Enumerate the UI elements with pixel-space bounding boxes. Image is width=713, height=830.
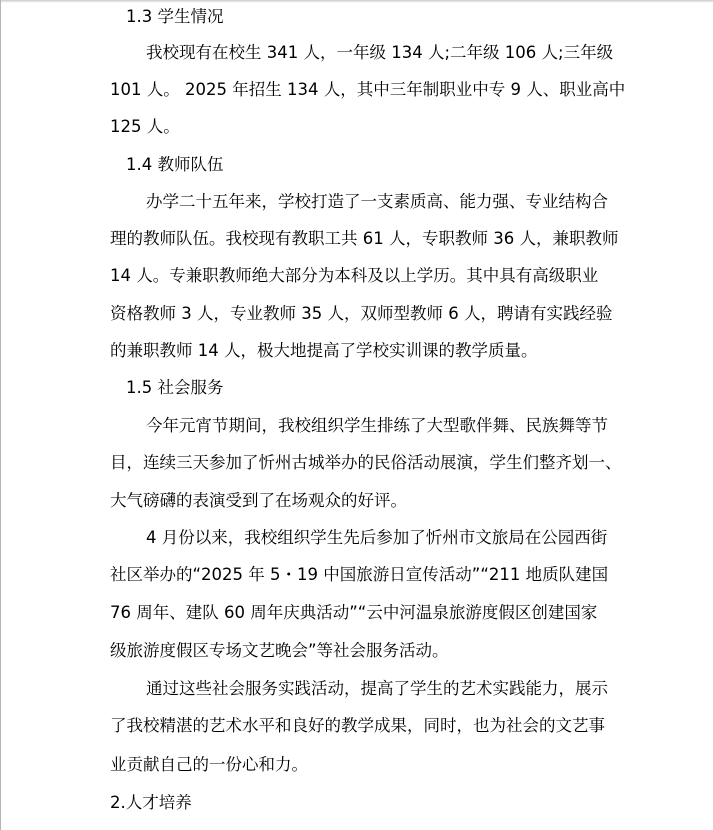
paragraph-line: 76 周年、建队 60 周年庆典活动”“云中河温泉旅游度假区创建国家 — [110, 594, 597, 631]
section-heading-1-5: 1.5 社会服务 — [126, 369, 224, 406]
paragraph-line: 业贡献自己的一份心和力。 — [110, 746, 308, 783]
paragraph-line: 了我校精湛的艺术水平和良好的教学成果，同时，也为社会的文艺事 — [110, 707, 605, 744]
paragraph-line: 14 人。专兼职教师绝大部分为本科及以上学历。其中具有高级职业 — [110, 257, 598, 294]
paragraph-line: 办学二十五年来，学校打造了一支素质高、能力强、专业结构合 — [146, 183, 608, 220]
paragraph-line: 社区举办的“2025 年 5・19 中国旅游日宣传活动”“211 地质队建国 — [110, 556, 608, 593]
window-left-edge — [0, 0, 1, 830]
section-heading-1-3: 1.3 学生情况 — [126, 0, 224, 35]
paragraph-line: 125 人。 — [110, 108, 180, 145]
section-heading-1-4: 1.4 教师队伍 — [126, 146, 224, 183]
section-heading-2: 2.人才培养 — [110, 784, 192, 821]
paragraph-line: 理的教师队伍。我校现有教职工共 61 人，专职教师 36 人，兼职教师 — [110, 220, 618, 257]
paragraph-line: 我校现有在校生 341 人，一年级 134 人;二年级 106 人;三年级 — [146, 34, 613, 71]
paragraph-line: 大气磅礴的表演受到了在场观众的好评。 — [110, 482, 407, 519]
paragraph-line: 的兼职教师 14 人，极大地提高了学校实训课的教学质量。 — [110, 332, 538, 369]
paragraph-line: 级旅游度假区专场文艺晚会”等社会服务活动。 — [110, 632, 449, 669]
paragraph-line: 101 人。 2025 年招生 134 人，其中三年制职业中专 9 人、职业高中 — [110, 71, 625, 108]
window-top-edge — [0, 0, 713, 3]
paragraph-line: 目，连续三天参加了忻州古城举办的民俗活动展演，学生们整齐划一、 — [110, 444, 622, 481]
paragraph-line: 资格教师 3 人，专业教师 35 人，双师型教师 6 人，聘请有实践经验 — [110, 295, 612, 332]
paragraph-line: 通过这些社会服务实践活动，提高了学生的艺术实践能力，展示 — [146, 670, 608, 707]
paragraph-line: 4 月份以来，我校组织学生先后参加了忻州市文旅局在公园西街 — [146, 519, 607, 556]
paragraph-line: 今年元宵节期间，我校组织学生排练了大型歌伴舞、民族舞等节 — [146, 407, 608, 444]
